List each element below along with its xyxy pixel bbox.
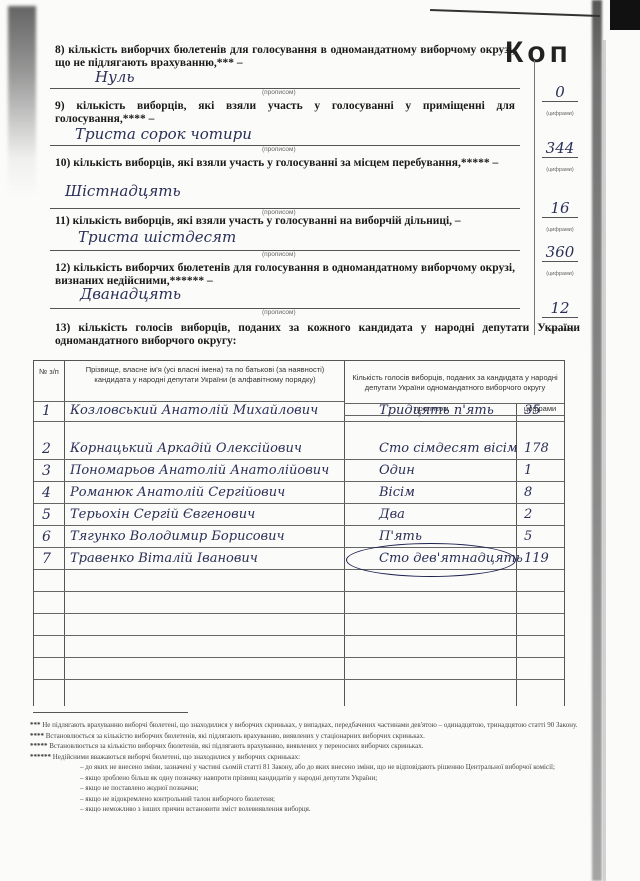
candidate-name: Романюк Анатолій Сергійович: [70, 485, 285, 500]
row-number: 1: [42, 403, 51, 419]
item-9-words: Триста сорок чотири: [75, 125, 252, 143]
item-8-text: 8) кількість виборчих бюлетенів для голо…: [55, 44, 515, 70]
candidate-name: Травенко Віталій Іванович: [70, 551, 258, 566]
row-rule: [34, 613, 564, 614]
votes-words: П'ять: [379, 529, 422, 544]
item-8-words: Нуль: [95, 68, 135, 86]
row-rule: [34, 679, 564, 680]
item-11-caption: (прописом): [262, 251, 296, 258]
row-rule: [34, 481, 564, 482]
votes-words: Вісім: [379, 485, 415, 500]
item-9-digits: 344(цифрами): [542, 140, 578, 176]
scan-shadow-left: [8, 6, 36, 196]
invalid-reason: – якщо не відокремлено контрольний талон…: [80, 794, 590, 805]
votes-digits: 119: [524, 551, 549, 566]
item-10-digits: 16(цифрами): [542, 200, 578, 236]
votes-digits: 1: [524, 463, 532, 478]
votes-digits: 8: [524, 485, 532, 500]
row-rule: [34, 657, 564, 658]
invalid-reason: – до яких не внесено зміни, зазначені у …: [80, 762, 590, 773]
votes-words: Тридцять п'ять: [379, 403, 494, 418]
row-rule: [34, 525, 564, 526]
invalid-reason: – якщо зроблено більш як одну позначку н…: [80, 773, 590, 784]
scan-shadow-right: [592, 0, 602, 881]
votes-digits: 178: [524, 441, 549, 456]
item-11-text: 11) кількість виборців, які взяли участь…: [55, 215, 515, 228]
item-11-words: Триста шістдесят: [78, 228, 236, 246]
votes-digits: 35: [524, 403, 541, 418]
header-name: Прізвище, власне ім'я (усі власні імена)…: [70, 365, 340, 385]
invalid-reason: – якщо неможливо з інших причин встанови…: [80, 804, 590, 815]
invalid-reason: – якщо не поставлено жодної позначки;: [80, 783, 590, 794]
item-10-words: Шістнадцять: [65, 182, 181, 200]
votes-digits: 2: [524, 507, 532, 522]
item-12-words: Дванадцять: [80, 285, 181, 303]
col-divider-name: [344, 361, 345, 706]
candidate-name: Козловський Анатолій Михайлович: [70, 403, 318, 418]
votes-words: Один: [379, 463, 415, 478]
header-bottom-rule: [34, 401, 344, 402]
row-rule: [34, 635, 564, 636]
row-rule: [34, 421, 564, 422]
row-rule: [34, 503, 564, 504]
col-divider-num: [64, 361, 65, 706]
candidate-name: Пономарьов Анатолій Анатолійович: [70, 463, 329, 478]
row-number: 5: [42, 507, 51, 523]
item-8-digits: 0(цифрами): [542, 84, 578, 120]
item-12-caption: (прописом): [262, 309, 296, 316]
row-number: 2: [42, 441, 51, 457]
row-rule: [34, 591, 564, 592]
footnote: **** Встановлюється за кількістю виборчи…: [30, 731, 590, 742]
candidate-name: Корнацький Аркадій Олексійович: [70, 441, 302, 456]
scan-corner-dark: [610, 0, 640, 30]
footnote: *** Не підлягають врахуванню виборчі бюл…: [30, 720, 590, 731]
top-rule: [430, 9, 600, 17]
item-10-text: 10) кількість виборців, які взяли участь…: [55, 157, 515, 170]
row-rule: [34, 459, 564, 460]
footnote: ***** Встановлюється за кількістю виборч…: [30, 741, 590, 752]
votes-words: Сто сімдесят вісім: [379, 441, 518, 456]
item-13-text: 13) кількість голосів виборців, поданих …: [55, 322, 580, 348]
item-8-caption: (прописом): [262, 89, 296, 96]
header-votes: Кількість голосів виборців, поданих за к…: [349, 373, 561, 393]
votes-words: Два: [379, 507, 405, 522]
votes-digits: 5: [524, 529, 532, 544]
copy-stamp: Коп: [505, 36, 572, 70]
footnote: ****** Недійсними вважаються виборчі бюл…: [30, 752, 590, 763]
scan-shadow-right-edge: [603, 40, 606, 881]
row-number: 4: [42, 485, 51, 501]
scanned-protocol-page: Коп 8) кількість виборчих бюлетенів для …: [0, 0, 640, 881]
item-11-digits: 360(цифрами): [542, 244, 578, 280]
digits-column-rule: [534, 60, 535, 335]
header-num: № з/п: [36, 367, 62, 377]
footnote-separator: [33, 712, 188, 713]
candidate-name: Терьохін Сергій Євгенович: [70, 507, 255, 522]
footnotes: *** Не підлягають врахуванню виборчі бюл…: [30, 720, 590, 815]
row-number: 7: [42, 551, 51, 567]
item-9-text: 9) кількість виборців, які взяли участь …: [55, 100, 515, 126]
candidate-name: Тягунко Володимир Борисович: [70, 529, 285, 544]
candidates-votes-table: № з/п Прізвище, власне ім'я (усі власні …: [33, 360, 565, 706]
row-number: 3: [42, 463, 51, 479]
circled-annotation: [346, 543, 516, 577]
row-number: 6: [42, 529, 51, 545]
item-9-caption: (прописом): [262, 146, 296, 153]
